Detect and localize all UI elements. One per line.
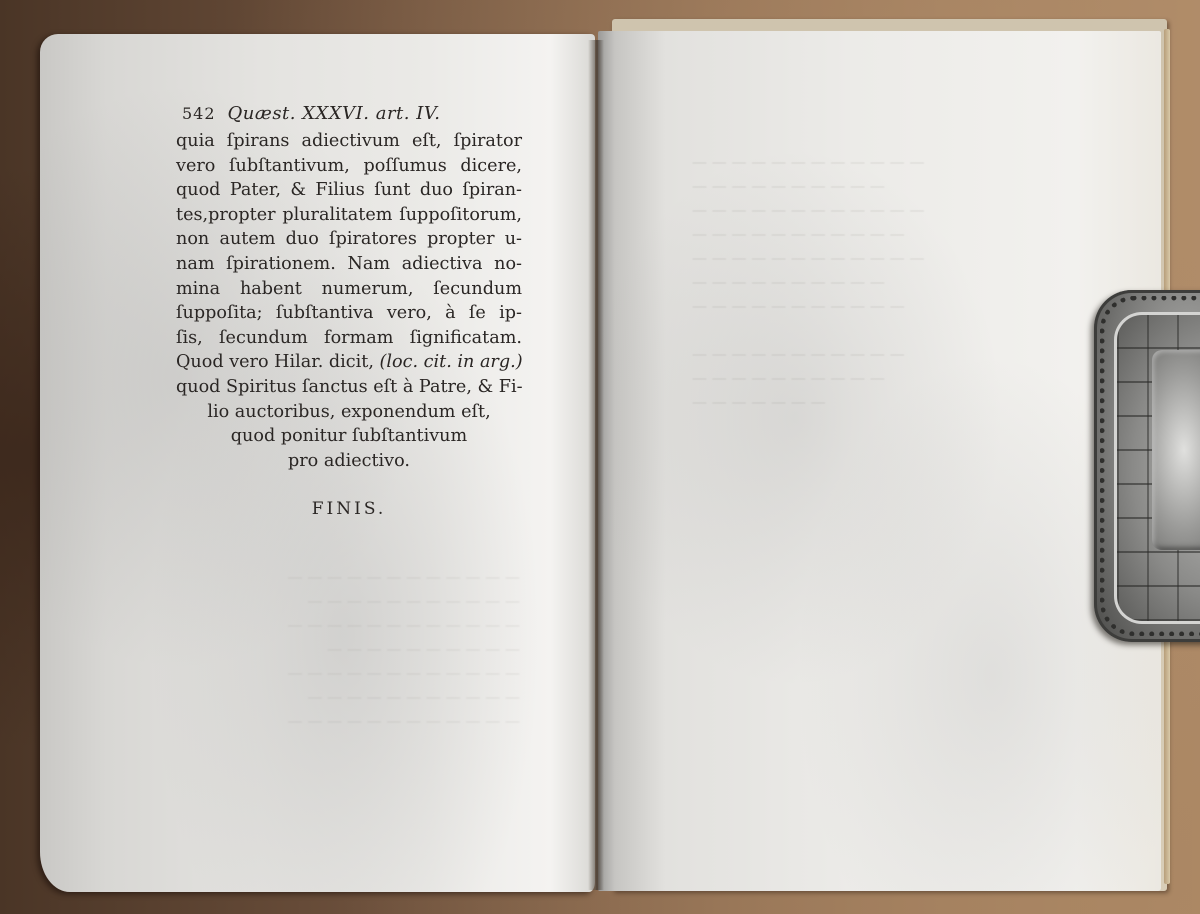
text-line: vero ſubſtantivum, poſſumus dicere, (176, 154, 522, 179)
text-line: nam ſpirationem. Nam adiectiva no- (176, 252, 522, 277)
printed-text-block: 542 Quæst. XXXVI. art. IV. quia ſpirans … (176, 103, 526, 519)
text-line: quia ſpirans adiectivum eſt, ſpirator (176, 129, 522, 154)
text-line-with-citation: Quod vero Hilar. dicit, (loc. cit. in ar… (176, 350, 522, 375)
gutter-shadow (588, 40, 604, 890)
text-line: tes,propter pluralitatem ſuppoſitorum, (176, 203, 522, 228)
metal-clasp (1094, 290, 1200, 642)
body-text: quia ſpirans adiectivum eſt, ſpirator ve… (176, 129, 526, 473)
text-line: quod Pater, & Filius ſunt duo ſpiran- (176, 178, 522, 203)
running-head: 542 Quæst. XXXVI. art. IV. (182, 103, 526, 127)
text-line: mina habent numerum, ſecundum (176, 277, 522, 302)
text-line: non autem duo ſpiratores propter u- (176, 227, 522, 252)
left-page-show-through: — — — — — — — — — — — — — — — — — — — — … (180, 565, 520, 733)
text-line: ſuppoſita; ſubſtantiva vero, à ſe ip- (176, 301, 522, 326)
text-line: ſis, ſecundum formam ſignificatam. (176, 326, 522, 351)
page-number: 542 (182, 104, 216, 123)
text-line: lio auctoribus, exponendum eſt, (176, 400, 522, 425)
running-head-title: Quæst. XXXVI. art. IV. (228, 103, 441, 124)
open-book: — — — — — — — — — — — — — — — — — — — — … (0, 0, 1200, 914)
text-line: quod ponitur ſubſtantivum (176, 424, 522, 449)
finis-colophon: FINIS. (176, 499, 522, 519)
text-line: pro adiectivo. (176, 449, 522, 474)
text-fragment: Quod vero Hilar. dicit, (176, 352, 374, 372)
citation: (loc. cit. in arg.) (380, 352, 523, 372)
clasp-emblem-icon (1152, 350, 1200, 550)
right-page-show-through: — — — — — — — — — — — — — — — — — — — — … (692, 150, 1012, 414)
text-line: quod Spiritus ſanctus eſt à Patre, & Fi- (176, 375, 522, 400)
